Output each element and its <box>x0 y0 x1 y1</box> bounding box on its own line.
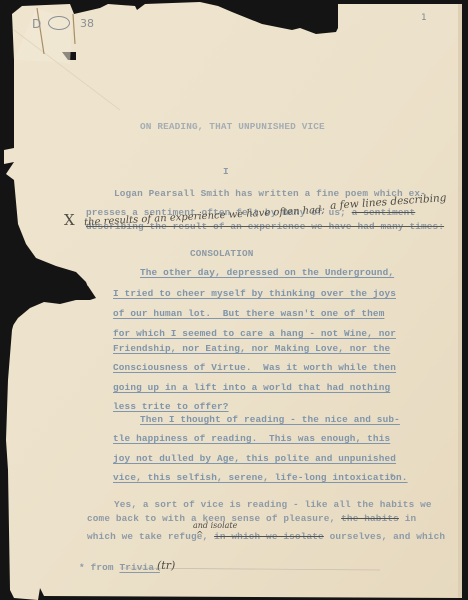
archive-pencil-mark: D <box>32 18 41 30</box>
poem-line: joy not dulled by Age, this polite and u… <box>113 454 396 463</box>
page-number: 1 <box>421 14 427 23</box>
paper-sheet <box>0 0 468 600</box>
closing-line-3-start: which we take refuge, <box>87 531 208 542</box>
caret-mark: ^ <box>196 532 204 541</box>
poem-line: going up in a lift into a world that had… <box>113 383 390 392</box>
footnote-text: from <box>91 562 114 573</box>
archive-circled-stamp <box>48 16 70 30</box>
paper-body <box>4 2 462 600</box>
poem-line: of our human lot. But there wasn't one o… <box>113 309 384 318</box>
footnote: * from Trivia. <box>79 563 160 572</box>
poem-line: for which I seemed to care a hang - not … <box>113 329 396 338</box>
closing-line-3-end: ourselves, and which <box>330 531 446 542</box>
handwritten-footnote-note: (tr) <box>157 560 175 571</box>
closing-line-2-end: in <box>405 513 417 524</box>
poem-line: less trite to offer? <box>113 402 229 411</box>
document-scan: D 38 1 ON READING, THAT UNPUNISHED VICE … <box>0 0 468 600</box>
closing-line-3: which we take refuge, in which we isolat… <box>87 532 445 541</box>
poem-line: I tried to cheer myself by thinking over… <box>113 289 396 298</box>
handwritten-insert-closing: and isolate <box>193 522 237 530</box>
poem-line: Friendship, nor Eating, nor Making Love,… <box>113 344 390 353</box>
poem-line: The other day, depressed on the Undergro… <box>140 268 394 277</box>
footnote-marker: * <box>389 473 395 482</box>
section-numeral: I <box>223 167 229 176</box>
closing-line-2: come back to with a keen sense of pleasu… <box>87 514 416 523</box>
footnote-source: Trivia. <box>119 562 159 573</box>
poem-line: vice, this selfish, serene, life-long in… <box>113 473 408 482</box>
footnote-asterisk: * <box>79 562 85 573</box>
margin-x-mark: X <box>64 213 75 228</box>
archive-folio-number: 38 <box>80 18 94 29</box>
poem-line: Then I thought of reading - the nice and… <box>140 415 400 424</box>
document-title: ON READING, THAT UNPUNISHED VICE <box>140 122 325 131</box>
closing-line-1: Yes, a sort of vice is reading - like al… <box>114 500 432 509</box>
poem-line: tle happiness of reading. This was enoug… <box>113 434 390 443</box>
poem-title: CONSOLATION <box>190 249 254 258</box>
poem-line: Consciousness of Virtue. Was it worth wh… <box>113 363 396 372</box>
closing-struck-phrase-1: the habits <box>341 513 399 524</box>
closing-struck-phrase-2: in which we isolate <box>214 531 324 542</box>
